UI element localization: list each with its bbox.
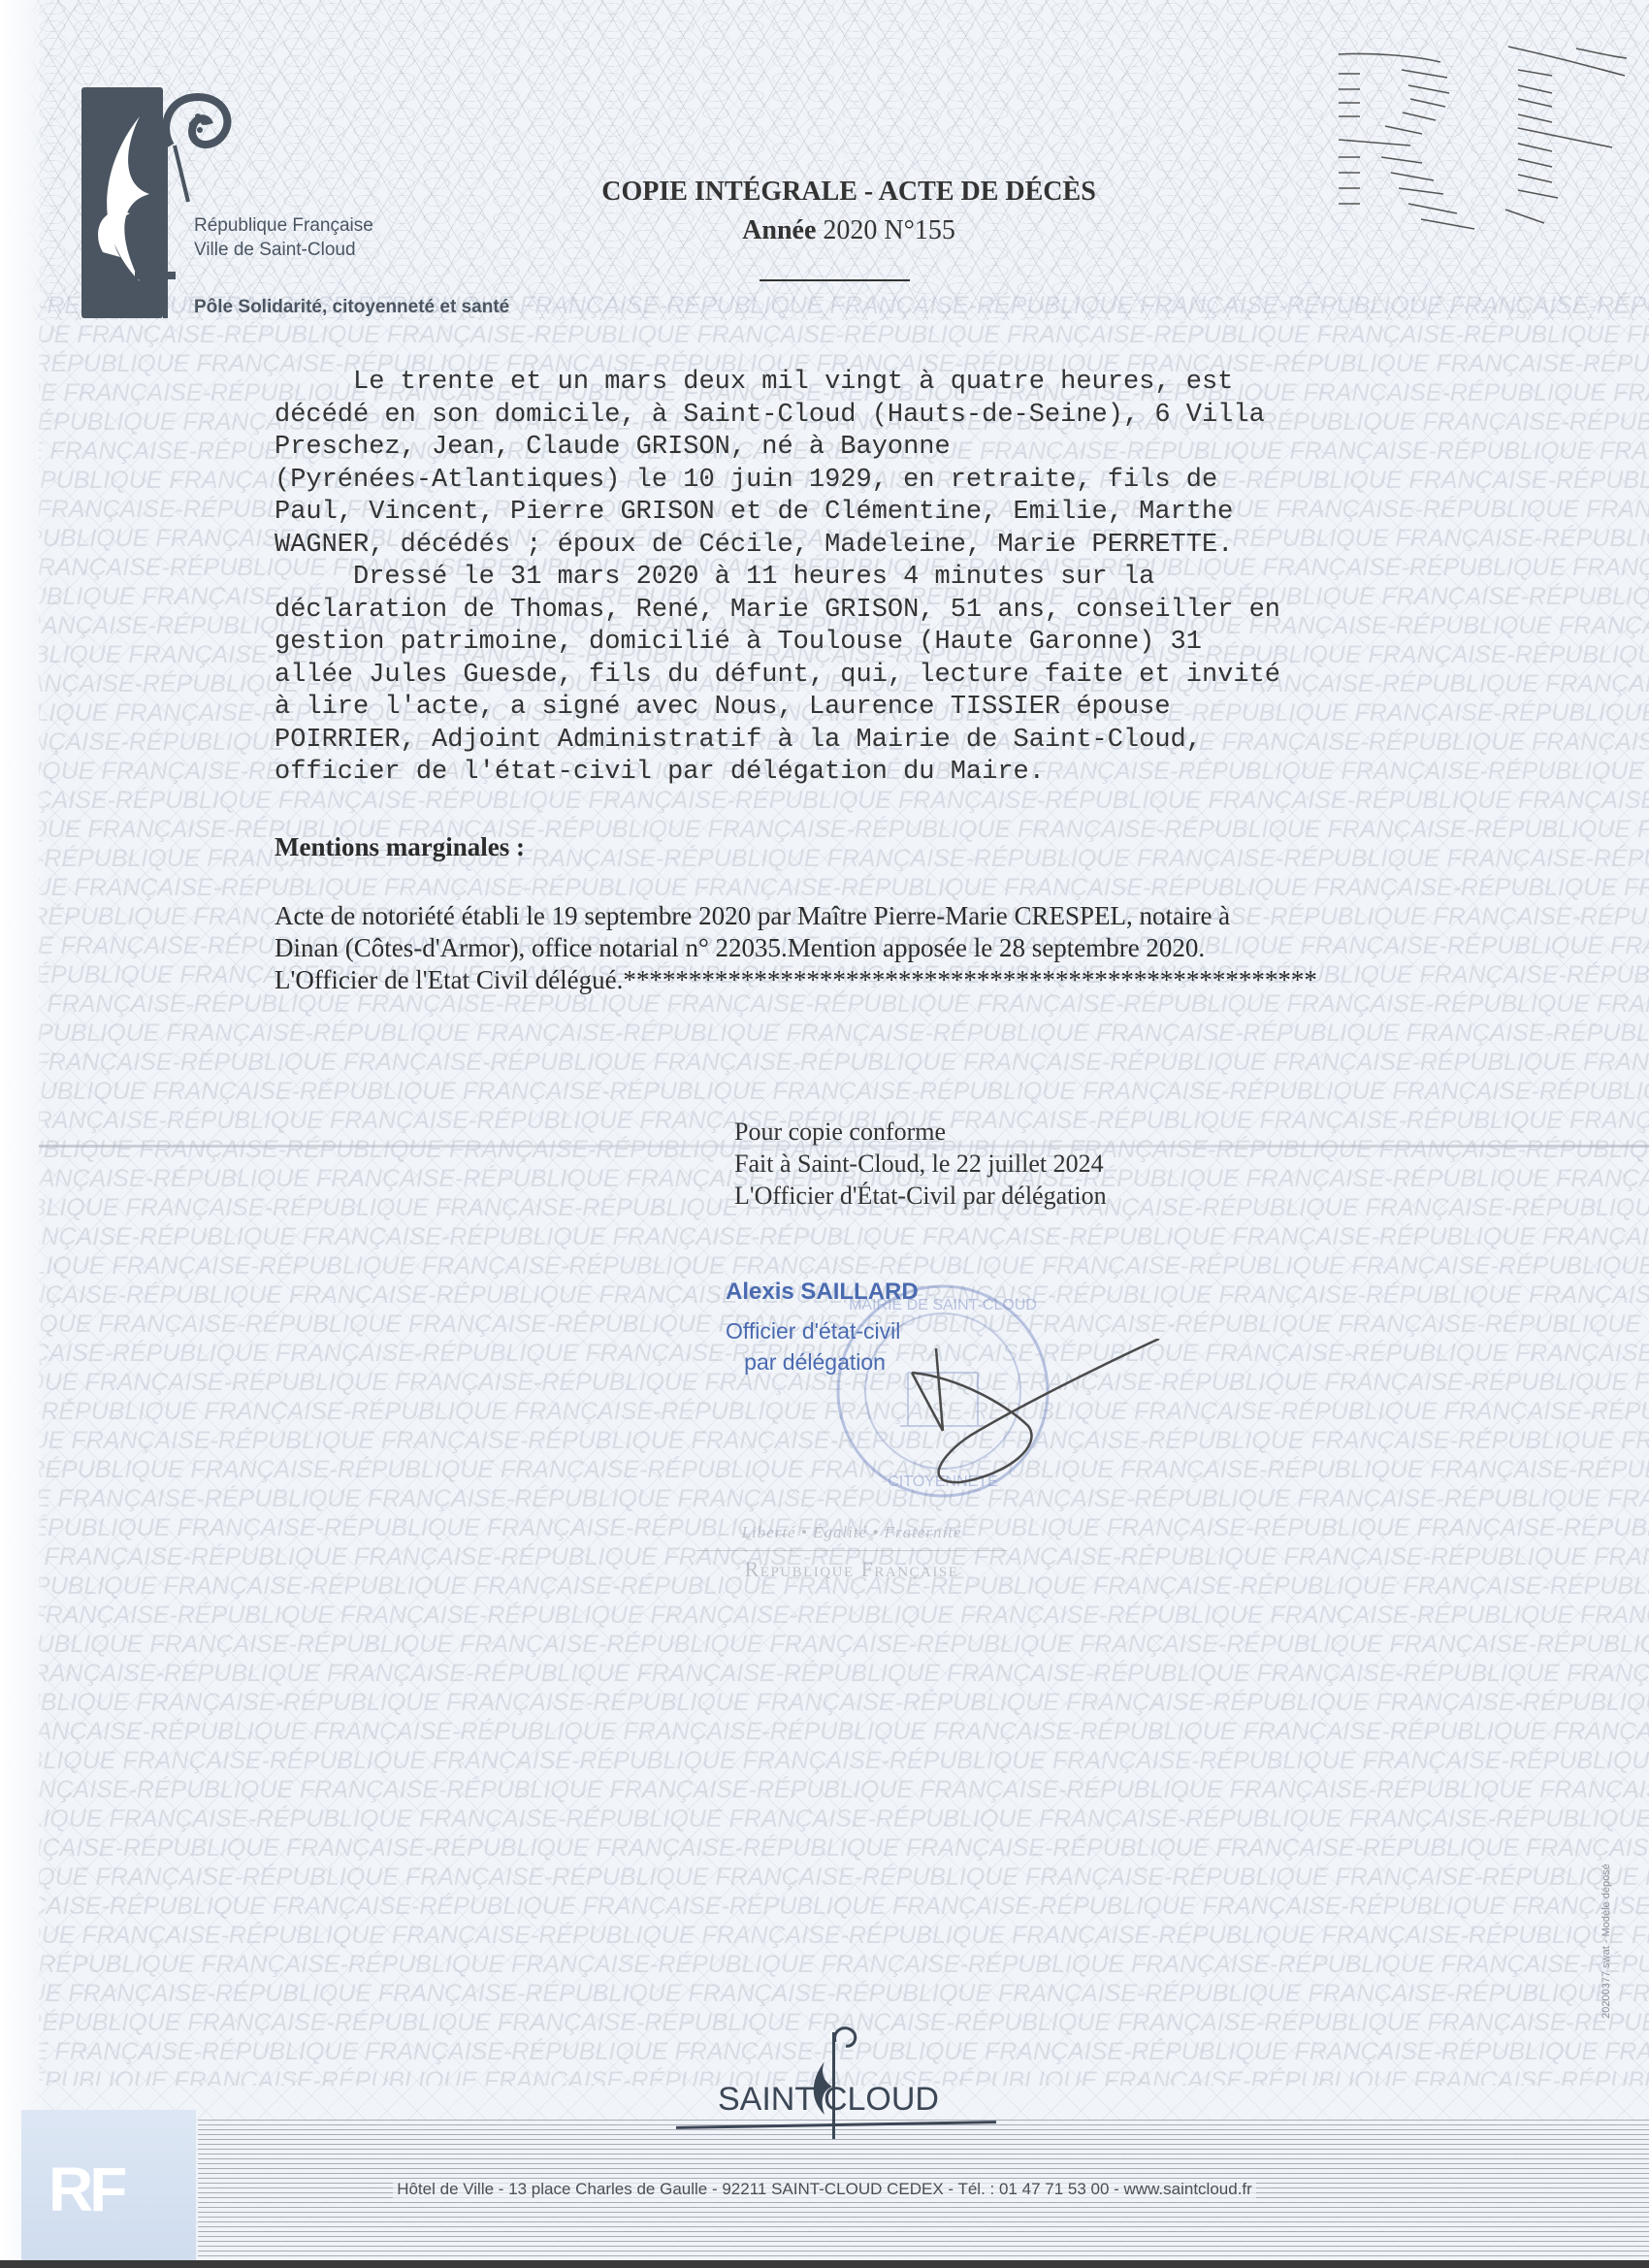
- republic-mark: Liberté • Égalité • Fraternité Républiqu…: [696, 1523, 1007, 1582]
- watermark-row: -RÉPUBLIQUE FRANÇAISE-RÉPUBLIQUE FRANÇAI…: [39, 1921, 1649, 1950]
- signatory-role: Officier d'état-civil par délégation: [726, 1315, 900, 1377]
- certification-line: Fait à Saint-Cloud, le 22 juillet 2024: [734, 1148, 1107, 1180]
- watermark-row: -RÉPUBLIQUE FRANÇAISE-RÉPUBLIQUE FRANÇAI…: [39, 1630, 1649, 1659]
- watermark-row: -RÉPUBLIQUE FRANÇAISE-RÉPUBLIQUE FRANÇAI…: [39, 1048, 1649, 1077]
- act-body-line: WAGNER, décédés ; époux de Cécile, Madel…: [275, 530, 1536, 563]
- watermark-row: -RÉPUBLIQUE FRANÇAISE-RÉPUBLIQUE FRANÇAI…: [39, 1077, 1649, 1106]
- mentions-heading: Mentions marginales :: [275, 832, 525, 862]
- footer-city-name: SAINT CLOUD: [718, 2081, 939, 2119]
- act-body-line: officier de l'état-civil par délégation …: [275, 757, 1536, 790]
- watermark-row: -RÉPUBLIQUE FRANÇAISE-RÉPUBLIQUE FRANÇAI…: [39, 1019, 1649, 1048]
- act-body-line: Preschez, Jean, Claude GRISON, né à Bayo…: [275, 432, 1536, 465]
- act-number: N°155: [884, 215, 954, 245]
- republic-motto: Liberté • Égalité • Fraternité: [696, 1523, 1007, 1542]
- footer-address: Hôtel de Ville - 13 place Charles de Gau…: [0, 2180, 1649, 2199]
- act-body-line: Paul, Vincent, Pierre GRISON et de Cléme…: [275, 497, 1536, 530]
- watermark-row: -RÉPUBLIQUE FRANÇAISE-RÉPUBLIQUE FRANÇAI…: [39, 1746, 1649, 1775]
- year-label: Année: [742, 215, 816, 245]
- scan-edge: [0, 2260, 1649, 2268]
- watermark-row: -RÉPUBLIQUE FRANÇAISE-RÉPUBLIQUE FRANÇAI…: [39, 1688, 1649, 1717]
- watermark-row: -RÉPUBLIQUE FRANÇAISE-RÉPUBLIQUE FRANÇAI…: [39, 1775, 1649, 1804]
- act-body-line: décédé en son domicile, à Saint-Cloud (H…: [275, 400, 1536, 433]
- mention-line: Dinan (Côtes-d'Armor), office notarial n…: [275, 932, 1536, 964]
- watermark-row: -RÉPUBLIQUE FRANÇAISE-RÉPUBLIQUE FRANÇAI…: [39, 1979, 1649, 2008]
- act-body-line: gestion patrimoine, domicilié à Toulouse…: [275, 627, 1536, 660]
- republic-name: République Française: [696, 1557, 1007, 1582]
- act-body-line: déclaration de Thomas, René, Marie GRISO…: [275, 595, 1536, 628]
- act-body-text: Le trente et un mars deux mil vingt à qu…: [275, 367, 1536, 790]
- form-reference: 20200377 swat - Modèle déposé: [1597, 1824, 1616, 2066]
- act-body-line: à lire l'acte, a signé avec Nous, Lauren…: [275, 692, 1536, 725]
- act-year: 2020: [823, 215, 877, 245]
- certification-text: Pour copie conformeFait à Saint-Cloud, l…: [734, 1116, 1107, 1212]
- watermark-row: -RÉPUBLIQUE FRANÇAISE-RÉPUBLIQUE FRANÇAI…: [39, 1863, 1649, 1892]
- republic-divider: [696, 1550, 1007, 1551]
- watermark-row: -RÉPUBLIQUE FRANÇAISE-RÉPUBLIQUE FRANÇAI…: [39, 1222, 1649, 1251]
- act-body-line: Dressé le 31 mars 2020 à 11 heures 4 min…: [275, 562, 1536, 595]
- mention-line: L'Officier de l'Etat Civil délégué.*****…: [275, 964, 1536, 996]
- watermark-row: -RÉPUBLIQUE FRANÇAISE-RÉPUBLIQUE FRANÇAI…: [39, 1601, 1649, 1630]
- document-subtitle: Année 2020 N°155: [0, 215, 1649, 246]
- title-divider: [760, 279, 910, 281]
- watermark-row: -RÉPUBLIQUE FRANÇAISE-RÉPUBLIQUE FRANÇAI…: [39, 873, 1649, 902]
- document-page: -RÉPUBLIQUE FRANÇAISE-RÉPUBLIQUE FRANÇAI…: [0, 0, 1649, 2268]
- footer-address-text: Hôtel de Ville - 13 place Charles de Gau…: [393, 2180, 1256, 2198]
- document-title: COPIE INTÉGRALE - ACTE DE DÉCÈS: [0, 177, 1649, 208]
- act-body-line: allée Jules Guesde, fils du défunt, qui,…: [275, 660, 1536, 693]
- certification-line: Pour copie conforme: [734, 1116, 1107, 1148]
- watermark-row: -RÉPUBLIQUE FRANÇAISE-RÉPUBLIQUE FRANÇAI…: [39, 1659, 1649, 1688]
- watermark-row: -RÉPUBLIQUE FRANÇAISE-RÉPUBLIQUE FRANÇAI…: [39, 1251, 1649, 1280]
- watermark-row: -RÉPUBLIQUE FRANÇAISE-RÉPUBLIQUE FRANÇAI…: [39, 1950, 1649, 1979]
- page-edge: [0, 0, 47, 2268]
- act-body-line: (Pyrénées-Atlantiques) le 10 juin 1929, …: [275, 465, 1536, 498]
- mentions-text: Acte de notoriété établi le 19 septembre…: [275, 900, 1536, 996]
- handwritten-signature-icon: [902, 1339, 1164, 1504]
- form-reference-text: 20200377 swat - Modèle déposé: [1600, 1825, 1612, 2057]
- watermark-row: -RÉPUBLIQUE FRANÇAISE-RÉPUBLIQUE FRANÇAI…: [39, 1892, 1649, 1921]
- certification-line: L'Officier d'État-Civil par délégation: [734, 1180, 1107, 1212]
- watermark-row: -RÉPUBLIQUE FRANÇAISE-RÉPUBLIQUE FRANÇAI…: [39, 1717, 1649, 1746]
- act-body-line: POIRRIER, Adjoint Administratif à la Mai…: [275, 725, 1536, 758]
- mention-line: Acte de notoriété établi le 19 septembre…: [275, 900, 1536, 932]
- watermark-row: -RÉPUBLIQUE FRANÇAISE-RÉPUBLIQUE FRANÇAI…: [39, 786, 1649, 815]
- act-body-line: Le trente et un mars deux mil vingt à qu…: [275, 367, 1536, 400]
- department-name: Pôle Solidarité, citoyenneté et santé: [194, 297, 509, 318]
- watermark-row: -RÉPUBLIQUE FRANÇAISE-RÉPUBLIQUE FRANÇAI…: [39, 320, 1649, 349]
- watermark-row: -RÉPUBLIQUE FRANÇAISE-RÉPUBLIQUE FRANÇAI…: [39, 1804, 1649, 1833]
- watermark-row: -RÉPUBLIQUE FRANÇAISE-RÉPUBLIQUE FRANÇAI…: [39, 1833, 1649, 1863]
- signatory-name: Alexis SAILLARD: [726, 1279, 919, 1306]
